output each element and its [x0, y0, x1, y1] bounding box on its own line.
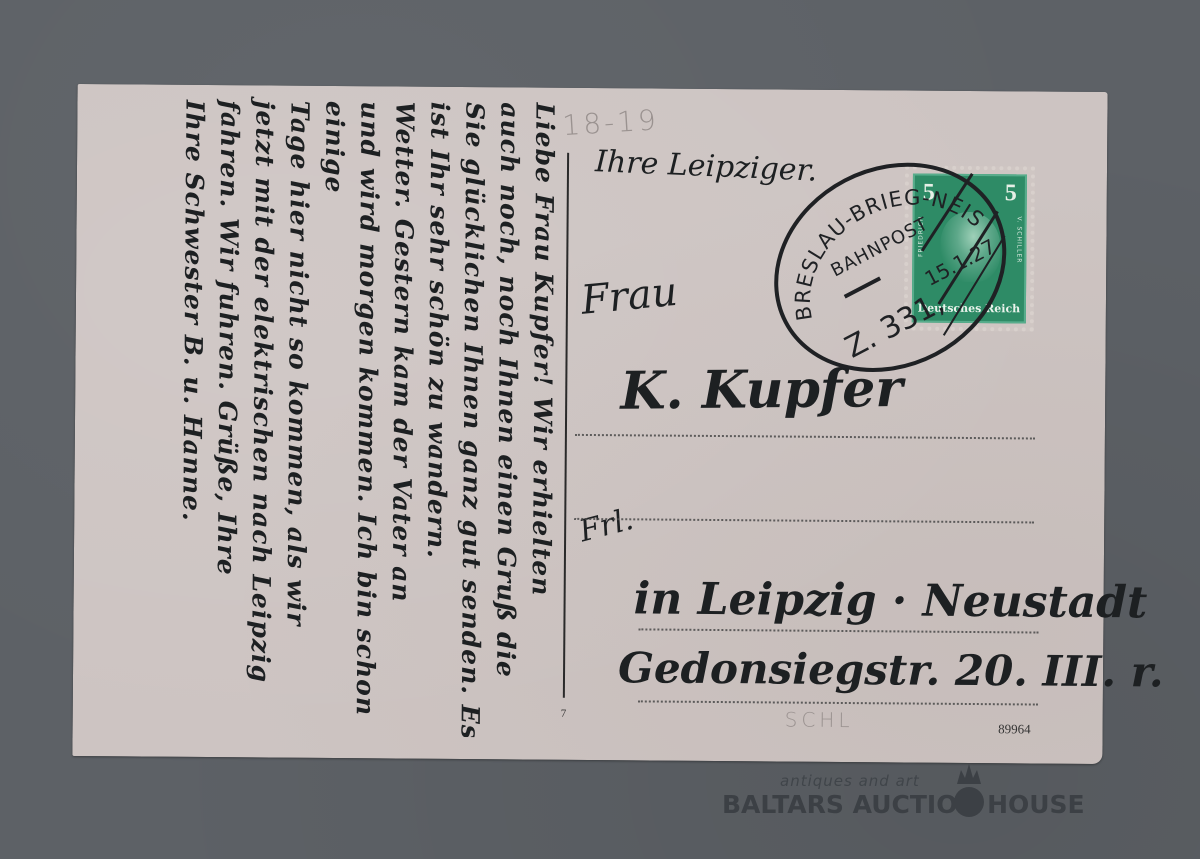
svg-text:BRESLAU-BRIEG-NEISSE: BRESLAU-BRIEG-NEISSE	[732, 117, 995, 338]
address-city: in Leipzig · Neustadt	[633, 573, 1147, 628]
handwritten-message: Liebe Frau Kupfer! Wir erhielten auch no…	[173, 100, 563, 738]
pencil-annotation-top: 18-19	[561, 103, 659, 142]
address-line-1	[575, 434, 1035, 440]
watermark-logo: antiques and art BALTARS AUCTION HOUSE	[722, 770, 1122, 830]
printed-small-number: 7	[561, 708, 567, 720]
salutation-text: Frau	[579, 269, 679, 324]
address-line-3	[638, 628, 1038, 633]
postmark-route: BRESLAU-BRIEG-NEISSE	[732, 117, 995, 338]
message-area: Liebe Frau Kupfer! Wir erhielten auch no…	[78, 94, 563, 738]
address-street: Gedonsiegstr. 20. III. r.	[618, 643, 1164, 696]
pencil-annotation-bottom: SCHL	[785, 708, 854, 733]
watermark-tagline: antiques and art	[780, 772, 920, 790]
crown-icon	[953, 762, 985, 822]
printed-number: 89964	[998, 721, 1031, 737]
stamp-value-right: 5	[1005, 180, 1017, 207]
watermark-name: BALTARS AUCTION HOUSE	[722, 790, 1085, 819]
address-line-2	[574, 518, 1034, 524]
address-title: Frl.	[576, 502, 637, 550]
divider-line	[563, 153, 569, 698]
address-line-4	[638, 700, 1038, 705]
greeting-text: Ihre Leipziger.	[594, 144, 818, 188]
postcard: 18-19 Liebe Frau Kupfer! Wir erhielten a…	[72, 84, 1107, 764]
